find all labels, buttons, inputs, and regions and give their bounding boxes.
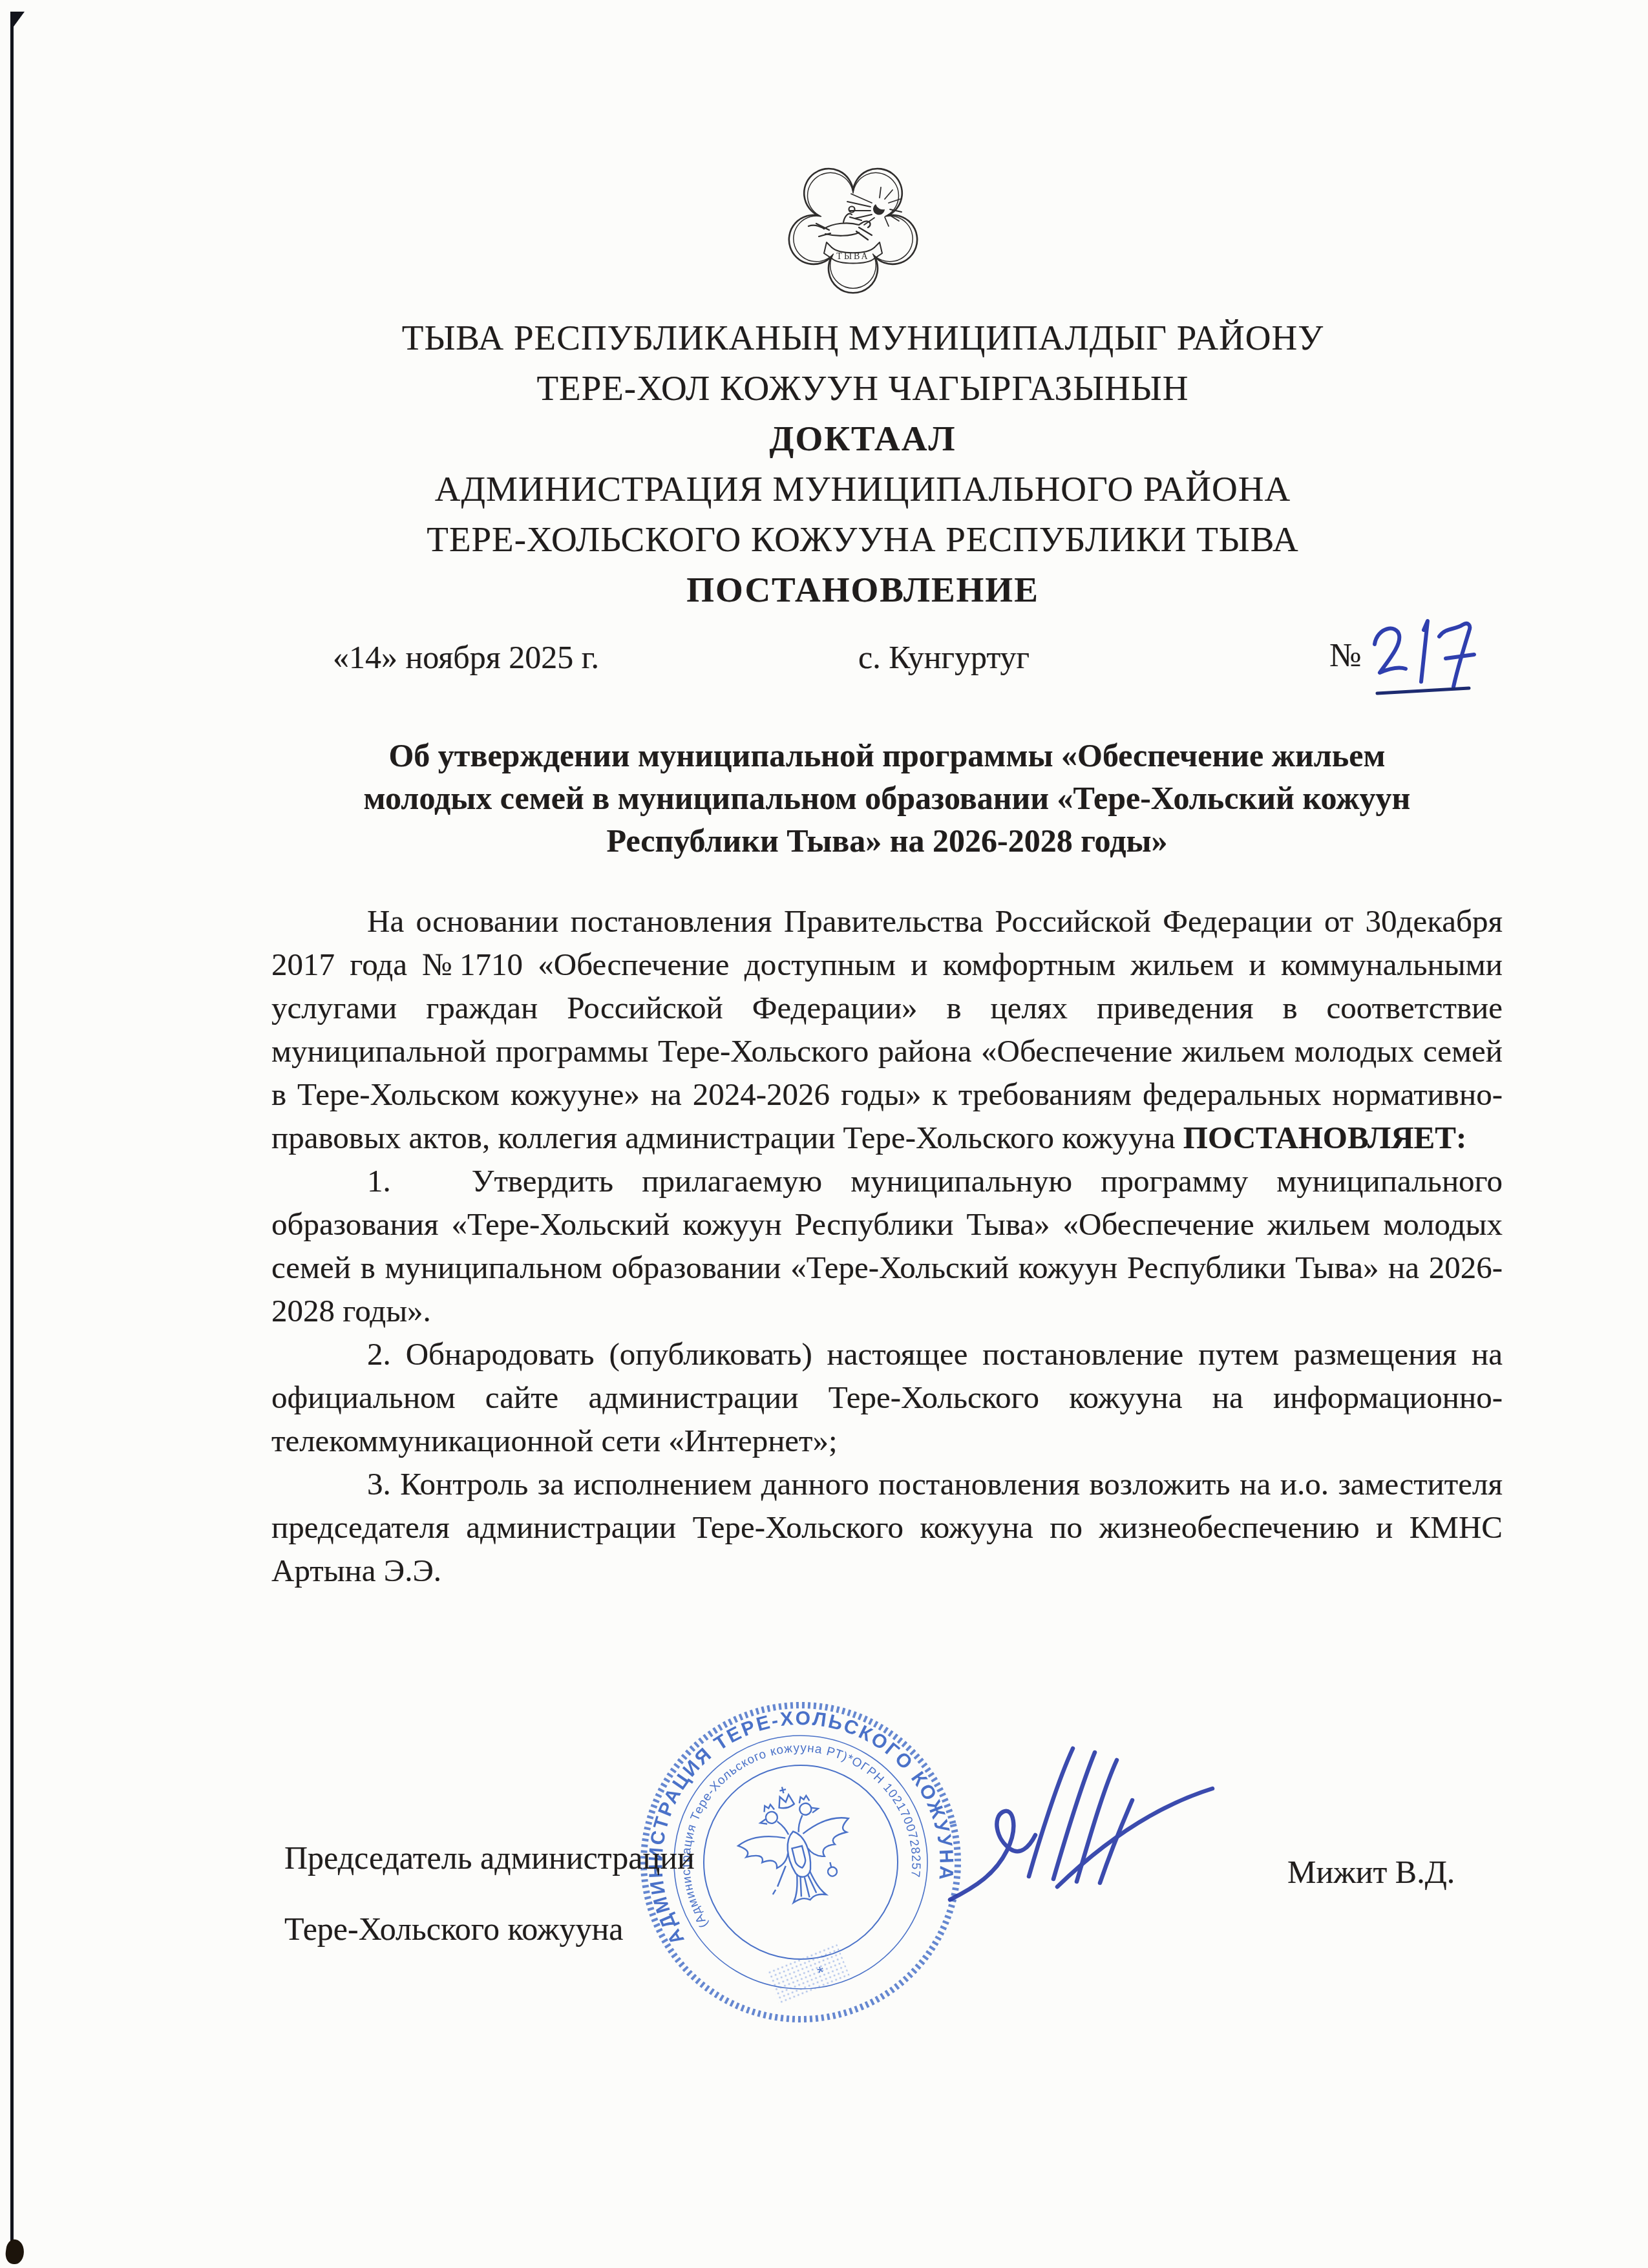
body-item-1: 1.Утвердить прилагаемую муниципальную пр… bbox=[271, 1159, 1503, 1332]
body-item-2: 2. Обнародовать (опубликовать) настоящее… bbox=[271, 1332, 1503, 1462]
header-line-ru-1: АДМИНИСТРАЦИЯ МУНИЦИПАЛЬНОГО РАЙОНА bbox=[78, 464, 1648, 514]
item-1-number: 1. bbox=[367, 1163, 391, 1199]
document-title: Об утверждении муниципальной программы «… bbox=[271, 734, 1503, 862]
resolve-word: ПОСТАНОВЛЯЕТ: bbox=[1183, 1120, 1466, 1155]
sun-icon bbox=[847, 187, 902, 226]
scan-edge-blob bbox=[4, 2238, 25, 2265]
title-line-1: Об утверждении муниципальной программы «… bbox=[271, 734, 1503, 777]
tyva-coat-of-arms-icon: ТЫВА bbox=[774, 157, 933, 294]
preamble-text: На основании постановления Правительства… bbox=[271, 903, 1503, 1155]
item-1-text: Утвердить прилагаемую муниципальную прог… bbox=[271, 1163, 1503, 1328]
banner-label: ТЫВА bbox=[836, 252, 869, 262]
document-number-sign: № bbox=[1329, 636, 1362, 675]
handwritten-document-number bbox=[1360, 611, 1490, 701]
header-line-tuvan-1: ТЫВА РЕСПУБЛИКАНЫҢ МУНИЦИПАЛДЫГ РАЙОНУ bbox=[78, 313, 1648, 363]
document-header: ТЫВА РЕСПУБЛИКАНЫҢ МУНИЦИПАЛДЫГ РАЙОНУ Т… bbox=[78, 313, 1648, 615]
header-line-ru-2: ТЕРЕ-ХОЛЬСКОГО КОЖУУНА РЕСПУБЛИКИ ТЫВА bbox=[78, 514, 1648, 565]
double-eagle-icon bbox=[727, 1773, 865, 1913]
body-item-3: 3. Контроль за исполнением данного поста… bbox=[271, 1462, 1503, 1592]
signatory-position-line-2: Тере-Хольского кожууна bbox=[284, 1910, 623, 1948]
body-paragraph-preamble: На основании постановления Правительства… bbox=[271, 899, 1503, 1159]
header-line-tuvan-2: ТЕРЕ-ХОЛ КОЖУУН ЧАГЫРГАЗЫНЫН bbox=[78, 363, 1648, 414]
document-date: «14» ноября 2025 г. bbox=[333, 638, 599, 676]
document-page: ТЫВА ТЫВА РЕСПУБЛИКАНЫҢ МУНИЦИПАЛДЫГ РАЙ… bbox=[0, 0, 1648, 2268]
doc-type-tuvan: ДОКТААЛ bbox=[78, 414, 1648, 464]
signatory-position-line-1: Председатель администрации bbox=[284, 1839, 695, 1876]
signatory-name: Мижит В.Д. bbox=[1287, 1853, 1455, 1891]
document-place: с. Кунгуртуг bbox=[858, 638, 1030, 676]
doc-type-ru: ПОСТАНОВЛЕНИЕ bbox=[78, 565, 1648, 615]
horse-rider-icon bbox=[808, 207, 872, 240]
title-line-2: молодых семей в муниципальном образовани… bbox=[271, 777, 1503, 819]
title-line-3: Республики Тыва» на 2026-2028 годы» bbox=[271, 819, 1503, 862]
scan-edge-wedge bbox=[10, 12, 25, 31]
document-body: На основании постановления Правительства… bbox=[271, 899, 1503, 1592]
scan-edge-line bbox=[10, 12, 14, 2256]
handwritten-signature bbox=[931, 1724, 1247, 1931]
